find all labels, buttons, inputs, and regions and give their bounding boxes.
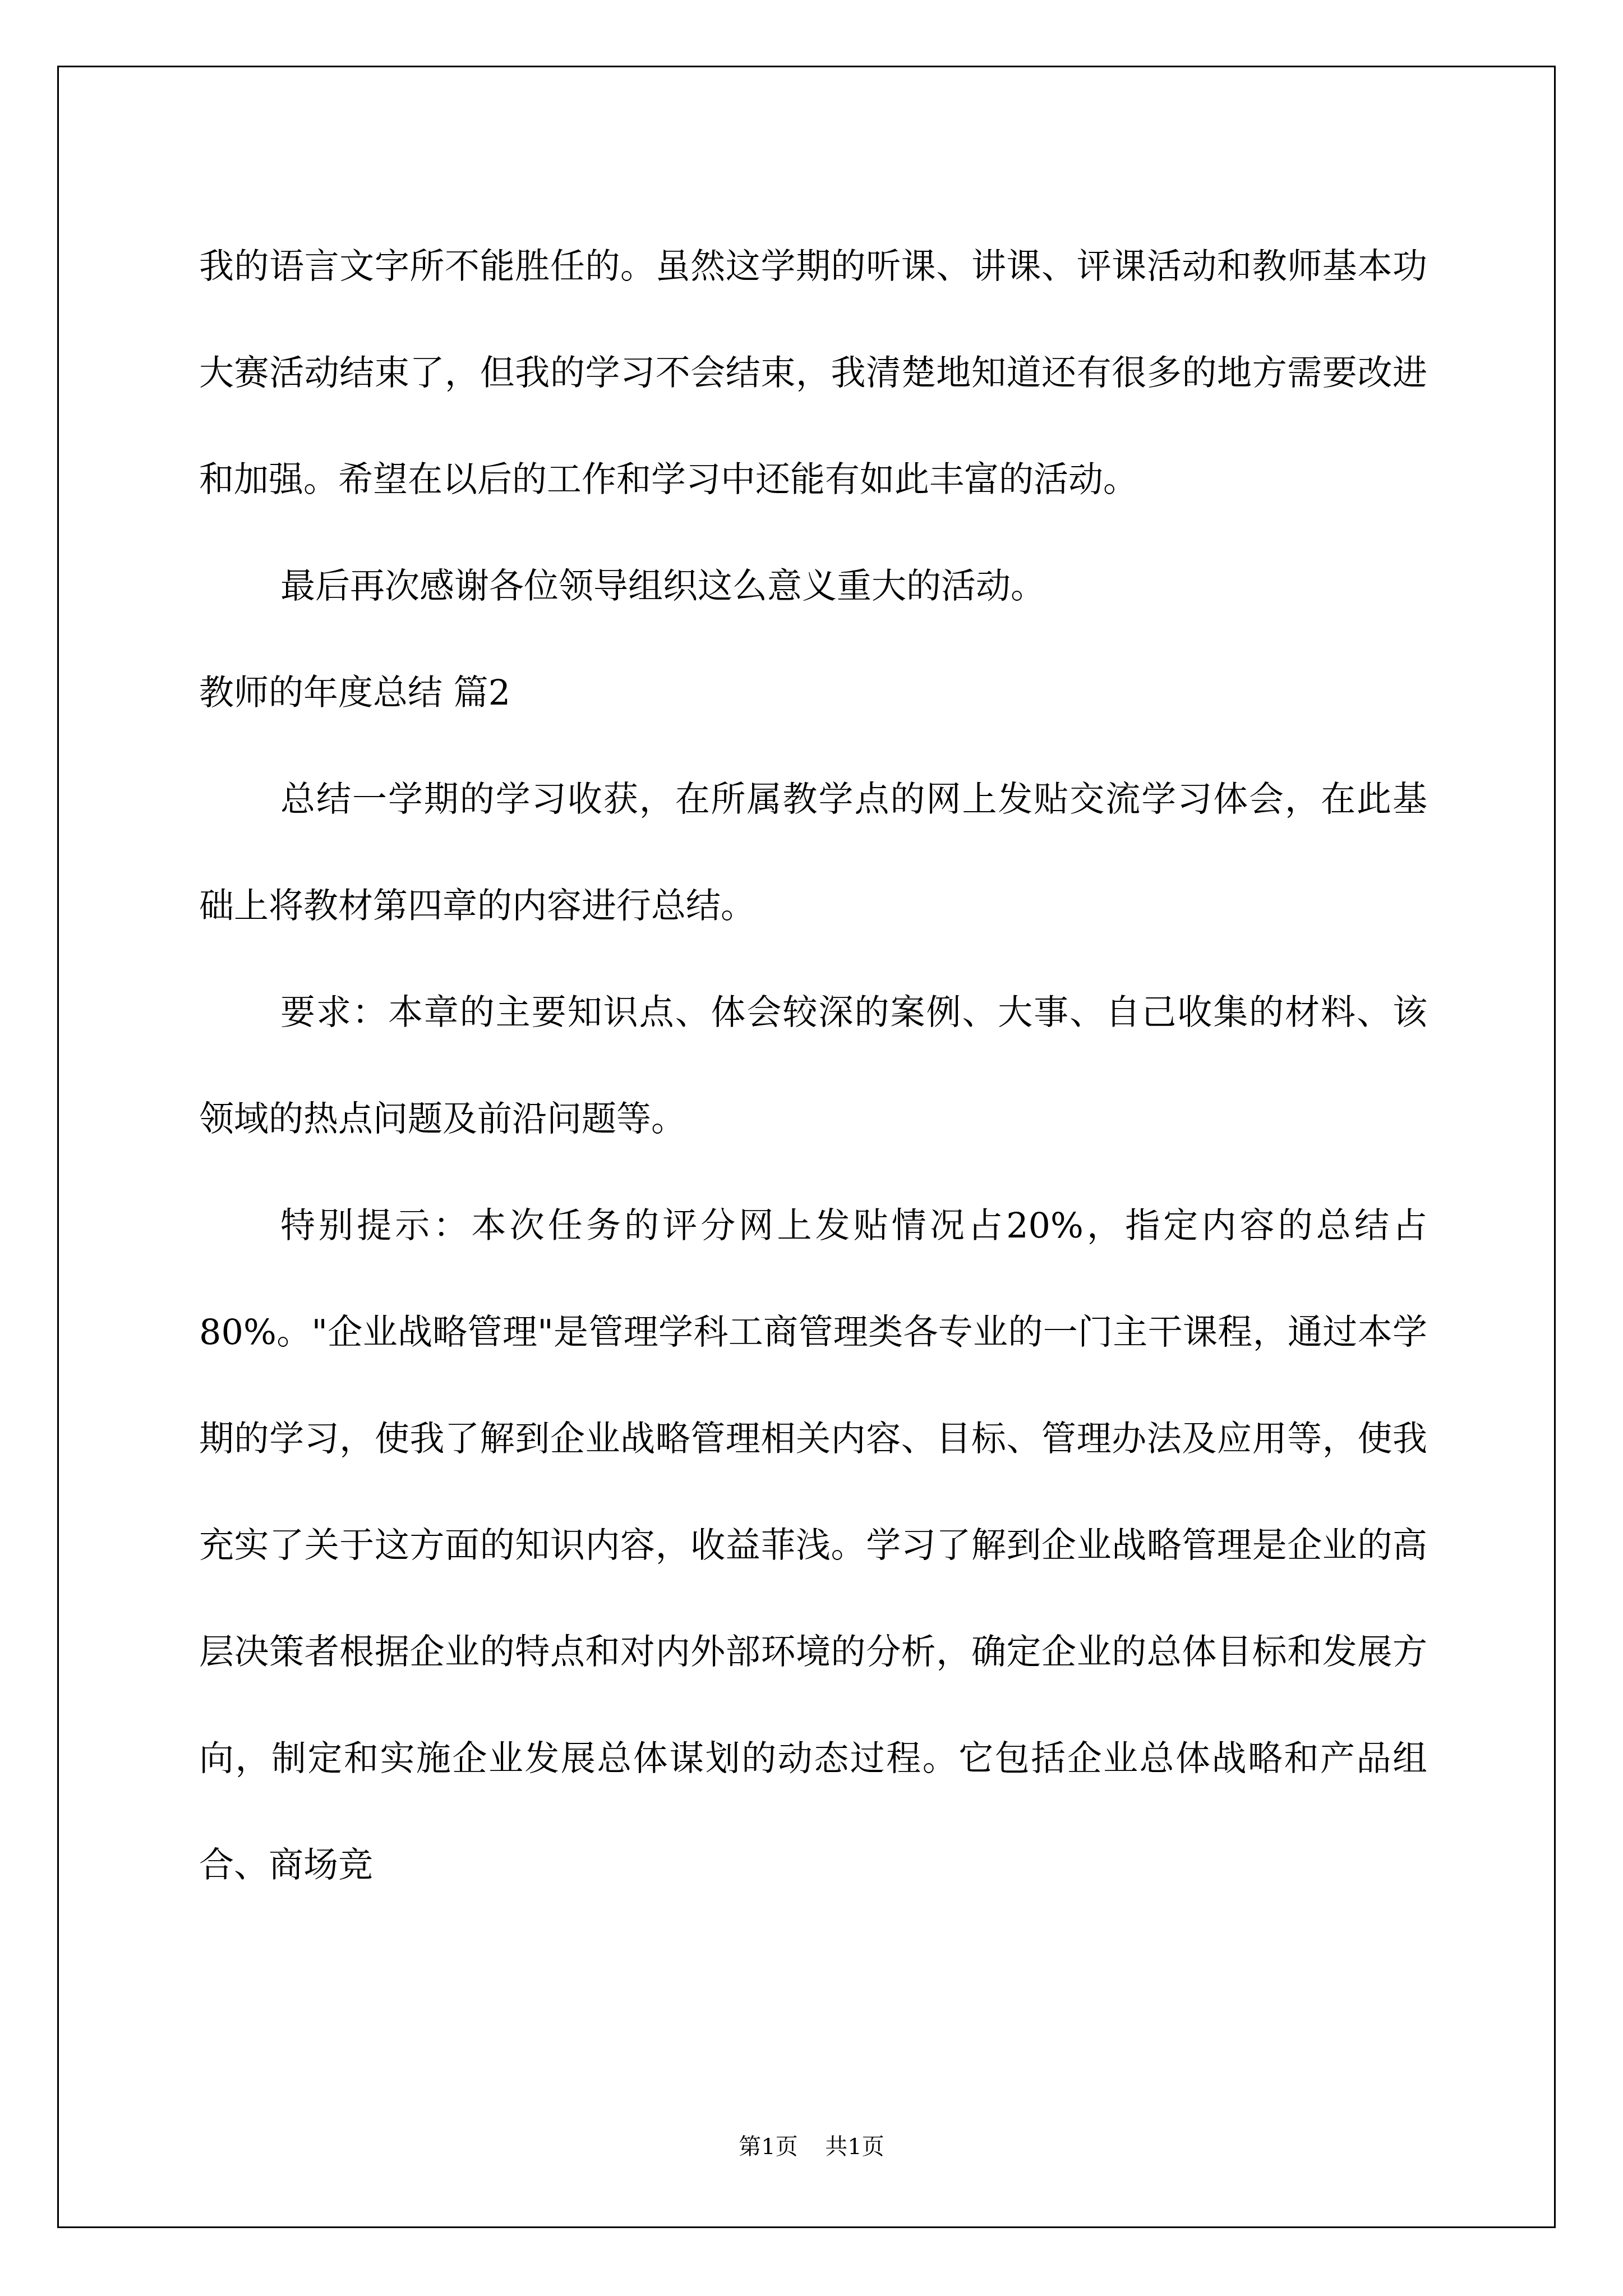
page-footer: 第1页 共1页	[0, 2129, 1623, 2161]
paragraph: 最后再次感谢各位领导组织这么意义重大的活动。	[199, 533, 1427, 639]
current-page-label: 第1页	[739, 2134, 797, 2160]
section-heading: 教师的年度总结 篇2	[199, 639, 1427, 746]
document-body: 我的语言文字所不能胜任的。虽然这学期的听课、讲课、评课活动和教师基本功大赛活动结…	[199, 213, 1427, 1918]
paragraph: 要求：本章的主要知识点、体会较深的案例、大事、自己收集的材料、该领域的热点问题及…	[199, 959, 1427, 1172]
paragraph: 我的语言文字所不能胜任的。虽然这学期的听课、讲课、评课活动和教师基本功大赛活动结…	[199, 213, 1427, 533]
paragraph: 特别提示：本次任务的评分网上发贴情况占20%，指定内容的总结占80%。"企业战略…	[199, 1172, 1427, 1918]
total-pages-label: 共1页	[825, 2134, 884, 2160]
paragraph: 总结一学期的学习收获，在所属教学点的网上发贴交流学习体会，在此基础上将教材第四章…	[199, 746, 1427, 959]
